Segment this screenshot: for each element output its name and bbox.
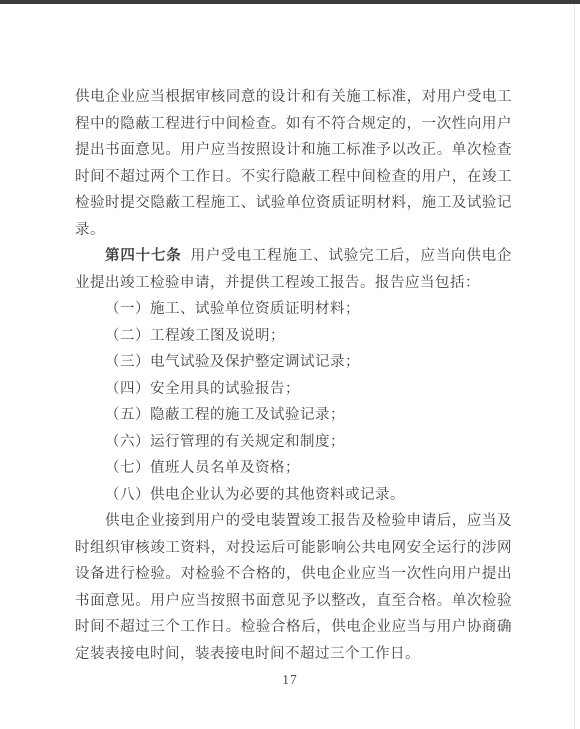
page-text-block: 供电企业应当根据审核同意的设计和有关施工标准，对用户受电工程中的隐蔽工程进行中间… bbox=[75, 84, 512, 667]
list-item: （二）工程竣工图及说明； bbox=[75, 323, 512, 350]
list-item: （四）安全用具的试验报告； bbox=[75, 376, 512, 403]
list-item: （三）电气试验及保护整定调试记录； bbox=[75, 349, 512, 376]
list-item: （八）供电企业认为必要的其他资料或记录。 bbox=[75, 482, 512, 509]
window-top-edge bbox=[0, 0, 580, 4]
list-item: （五）隐蔽工程的施工及试验记录； bbox=[75, 402, 512, 429]
paragraph-closing: 供电企业接到用户的受电装置竣工报告及检验申请后，应当及时组织审核竣工资料，对投运… bbox=[75, 508, 512, 667]
document-page: 供电企业应当根据审核同意的设计和有关施工标准，对用户受电工程中的隐蔽工程进行中间… bbox=[0, 0, 580, 729]
list-item: （七）值班人员名单及资格； bbox=[75, 455, 512, 482]
paragraph-continuation: 供电企业应当根据审核同意的设计和有关施工标准，对用户受电工程中的隐蔽工程进行中间… bbox=[75, 84, 512, 243]
page-right-edge bbox=[574, 4, 575, 729]
list-item: （一）施工、试验单位资质证明材料； bbox=[75, 296, 512, 323]
list-item: （六）运行管理的有关规定和制度； bbox=[75, 429, 512, 456]
article-number-heading: 第四十七条 bbox=[105, 248, 182, 264]
article-paragraph: 第四十七条用户受电工程施工、试验完工后，应当向供电企业提出竣工检验申请，并提供工… bbox=[75, 243, 512, 296]
page-number: 17 bbox=[0, 672, 580, 688]
